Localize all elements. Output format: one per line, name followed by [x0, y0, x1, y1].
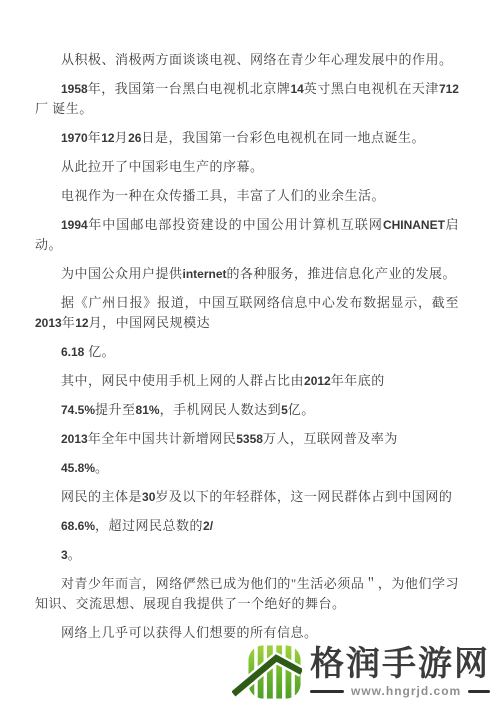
- paragraph: 68.6%，超过网民总数的2/: [35, 516, 459, 536]
- document-page: 从积极、消极两方面谈谈电视、网络在青少年心理发展中的作用。1958年，我国第一台…: [0, 0, 500, 707]
- paragraph: 网络上几乎可以获得人们想要的所有信息。: [35, 623, 459, 643]
- paragraph: 1994年中国邮电部投资建设的中国公用计算机互联网CHINANET启动。: [35, 215, 459, 255]
- paragraph: 3。: [35, 545, 459, 565]
- striped-grain-roof-icon: [232, 643, 302, 701]
- logo-url: www.hngrjd.com: [351, 684, 461, 698]
- paragraph: 74.5%提升至81%，手机网民人数达到5亿。: [35, 400, 459, 420]
- paragraph: 为中国公众用户提供internet的各种服务，推进信息化产业的发展。: [35, 264, 459, 284]
- paragraph: 从积极、消极两方面谈谈电视、网络在青少年心理发展中的作用。: [35, 50, 459, 70]
- logo-text-block: 格润手游网 www.hngrjd.com: [310, 646, 490, 698]
- paragraph: 电视作为一种在众传播工具，丰富了人们的业余生活。: [35, 186, 459, 206]
- paragraph: 2013年全年中国共计新增网民5358万人，互联网普及率为: [35, 429, 459, 449]
- paragraph: 对青少年而言，网络俨然已成为他们的"生活必须品＂，为他们学习知识、交流思想、展现…: [35, 574, 459, 614]
- logo-title: 格润手游网: [310, 646, 490, 682]
- paragraph: 据《广州日报》报道，中国互联网络信息中心发布数据显示，截至2013年12月，中国…: [35, 293, 459, 333]
- paragraph: 从此拉开了中国彩电生产的序幕。: [35, 157, 459, 177]
- document-body: 从积极、消极两方面谈谈电视、网络在青少年心理发展中的作用。1958年，我国第一台…: [35, 50, 459, 652]
- paragraph: 1970年12月26日是，我国第一台彩色电视机在同一地点诞生。: [35, 128, 459, 148]
- paragraph: 45.8%。: [35, 458, 459, 478]
- logo-left-dash: [310, 690, 344, 693]
- paragraph: 网民的主体是30岁及以下的年轻群体，这一网民群体占到中国网的: [35, 487, 459, 507]
- site-logo: 格润手游网 www.hngrjd.com: [232, 643, 490, 701]
- logo-right-dash: [468, 690, 490, 693]
- paragraph: 1958年，我国第一台黑白电视机北京牌14英寸黑白电视机在天津712厂 诞生。: [35, 79, 459, 119]
- logo-url-row: www.hngrjd.com: [310, 684, 490, 698]
- paragraph: 其中，网民中使用手机上网的人群占比由2012年年底的: [35, 371, 459, 391]
- paragraph: 6.18 亿。: [35, 342, 459, 362]
